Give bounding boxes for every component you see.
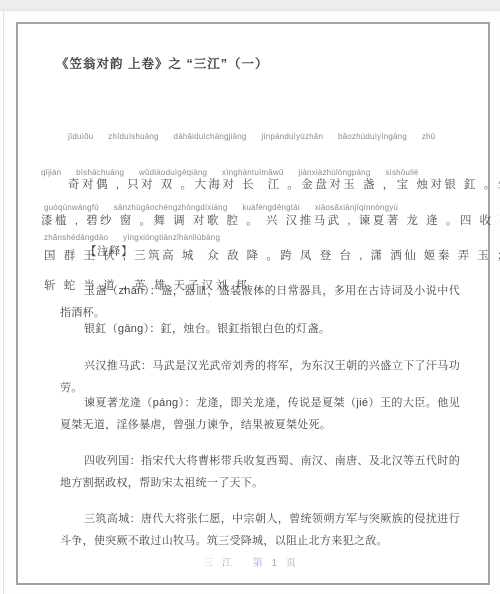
note-paragraph: 四收列国：指宋代大将曹彬带兵收复西蜀、南汉、南唐、及北汉等五代时的地方割据政权，… (60, 450, 460, 494)
note-paragraph: 三筑高城：唐代大将张仁愿，中宗朝人，曾统领朔方军与突厥族的侵扰进行斗争，使突厥不… (60, 508, 460, 552)
page-footer: 三 江 第 1 页 (16, 554, 486, 569)
notes-section-header: 【注释】 (85, 243, 133, 259)
viewer-top-strip (0, 0, 500, 11)
note-paragraph: 银釭（gāng）：釭，烛台。银釭指银白色的灯盏。 (60, 318, 460, 340)
footer-section-label: 三 江 (203, 558, 235, 569)
poem-line-pinyin: zhǎnshédāngdào yīngxióngtiānzǐhànliúbāng (44, 233, 269, 243)
page-left-edge (3, 10, 4, 594)
page-title: 《笠翁对韵 上卷》之 “三江”（一） (56, 54, 268, 72)
note-paragraph: 谏夏著龙逄（páng）：龙逄，即关龙逄，传说是夏桀（jié）王的大臣。他见夏桀无… (60, 392, 460, 436)
footer-page-number: 第 1 页 (253, 558, 299, 569)
document-viewer: 《笠翁对韵 上卷》之 “三江”（一） jīduìǒu zhīduìshuāng … (0, 0, 500, 594)
